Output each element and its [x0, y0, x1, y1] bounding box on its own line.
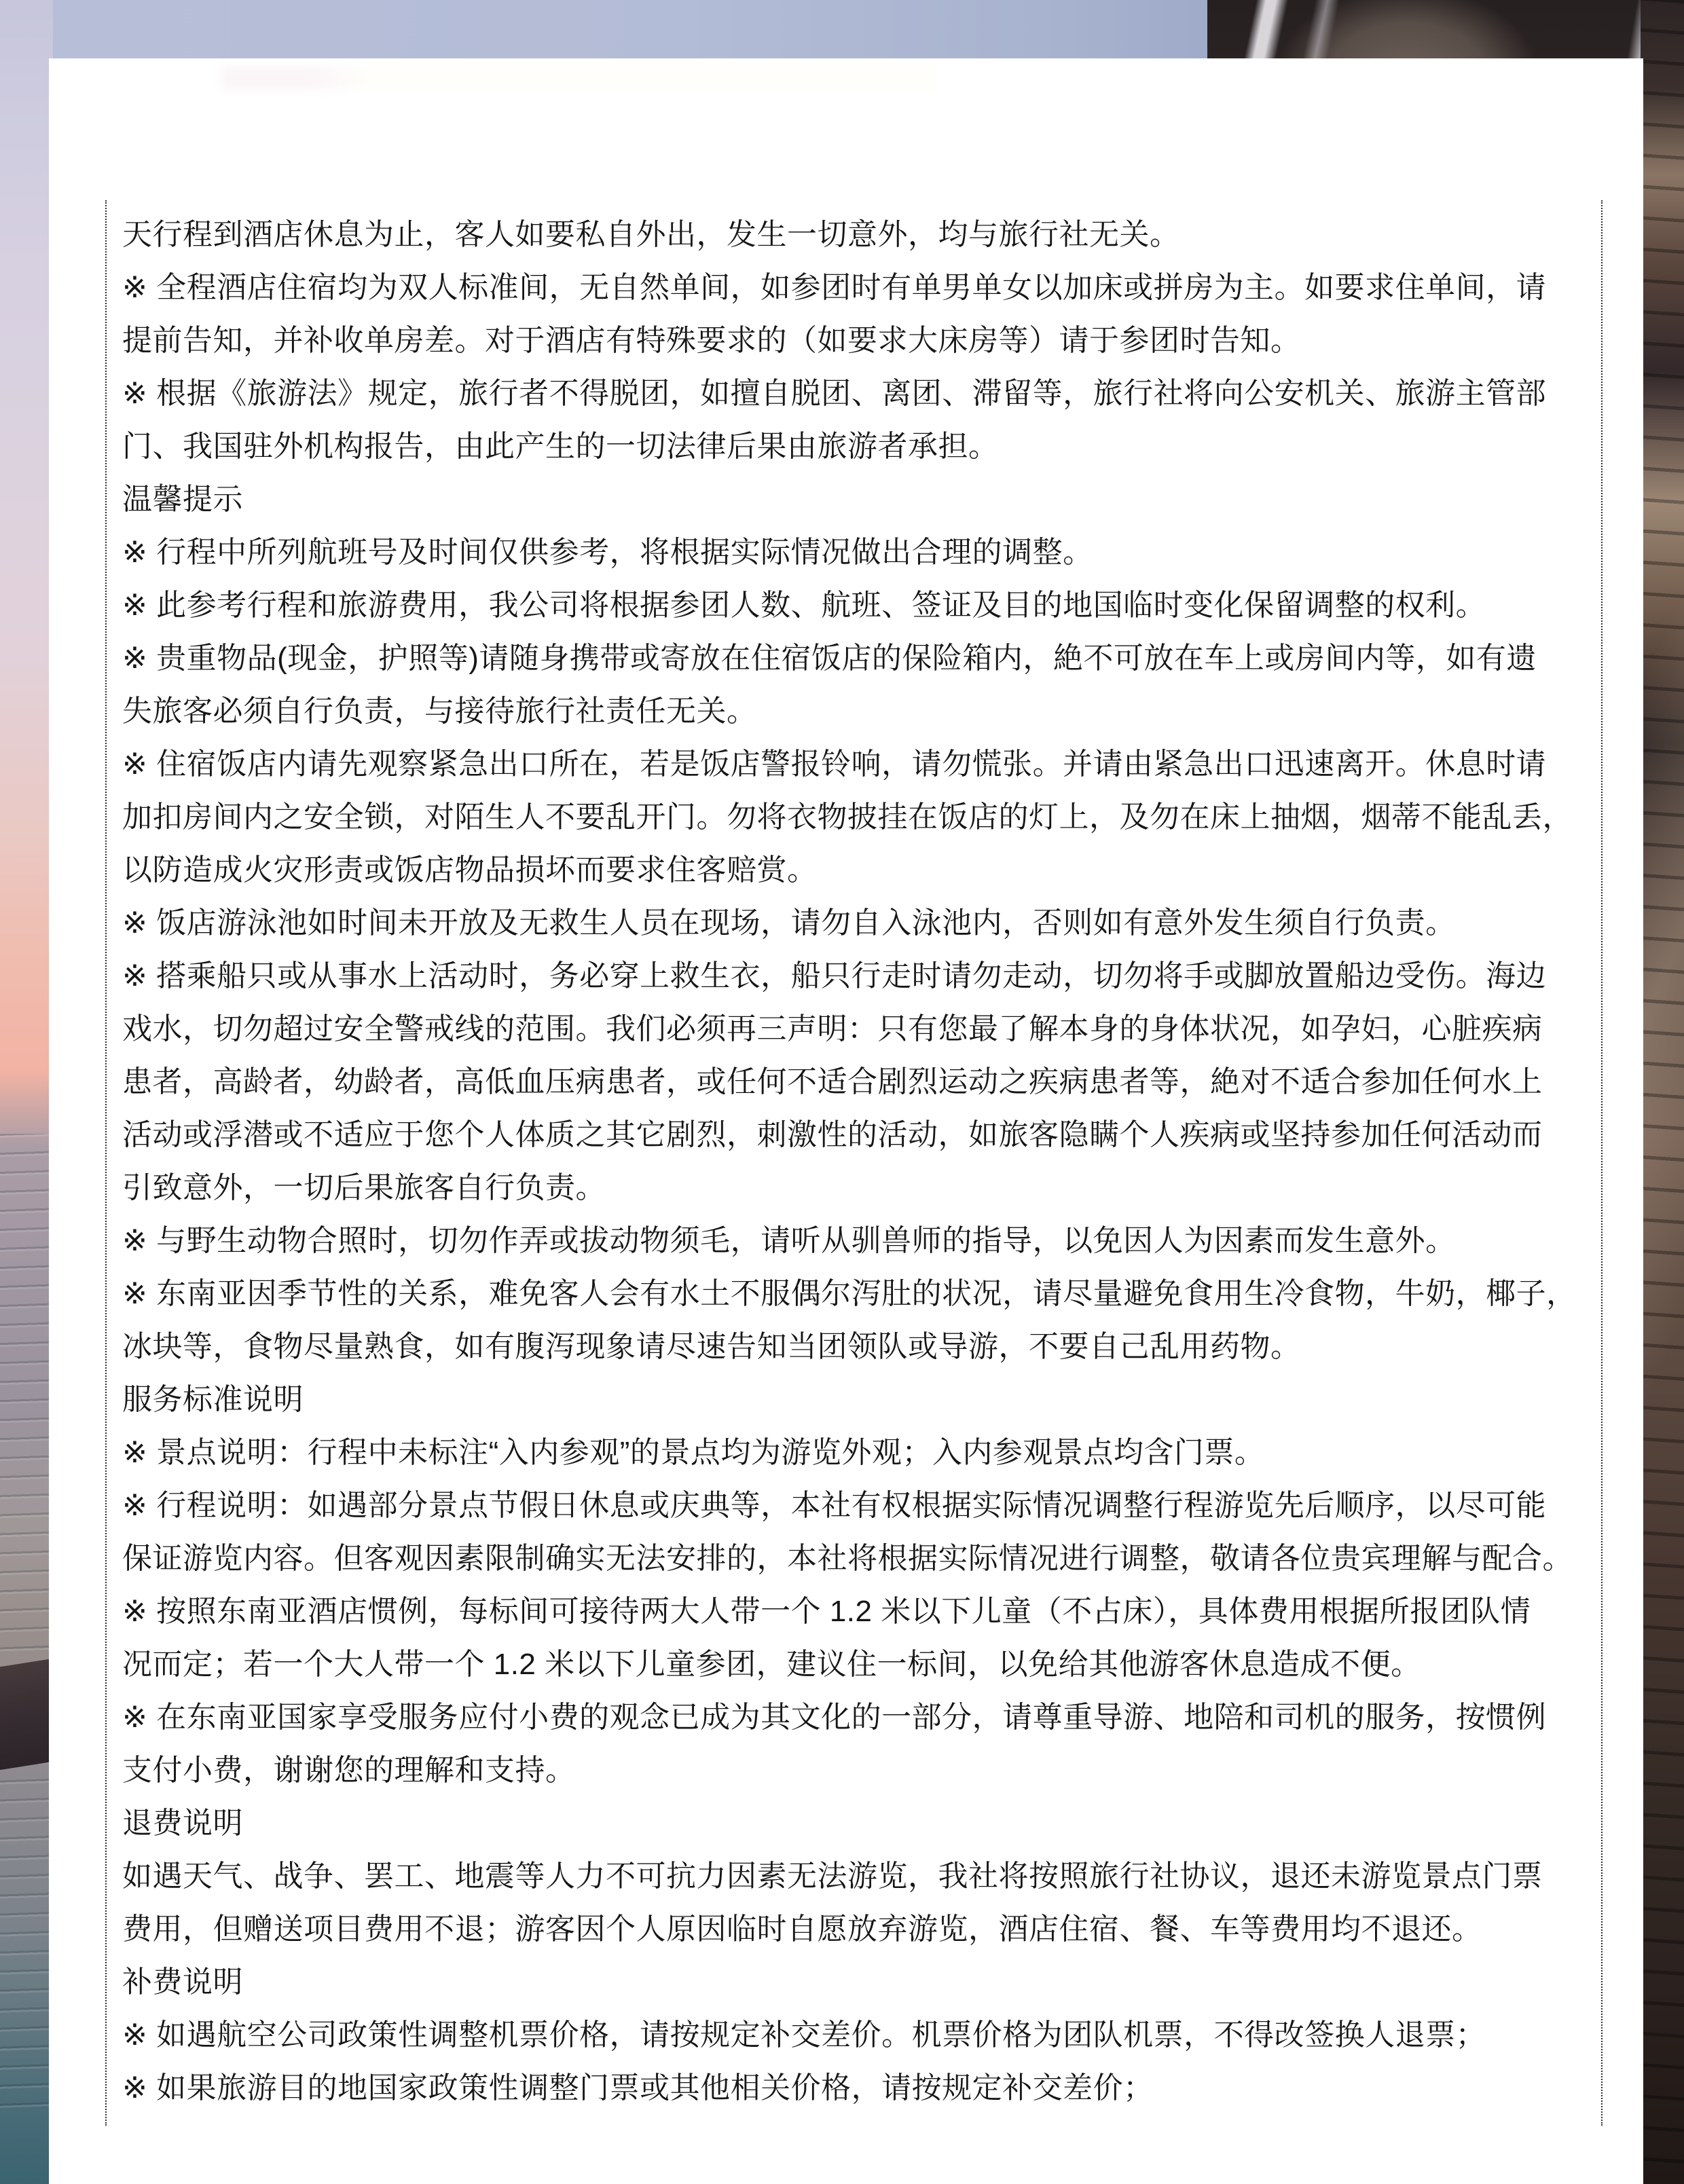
- text-line: 如遇天气、战争、罢工、地震等人力不可抗力因素无法游览，我社将按照旅行社协议，退还…: [122, 1850, 1601, 1903]
- text-line: 引致意外，一切后果旅客自行负责。: [122, 1162, 1601, 1215]
- text-line: 退费说明: [122, 1797, 1601, 1850]
- text-line: 况而定；若一个大人带一个 1.2 米以下儿童参团，建议住一标间，以免给其他游客休…: [122, 1638, 1601, 1691]
- text-line: ※ 饭店游泳池如时间未开放及无救生人员在现场，请勿自入泳池内，否则如有意外发生须…: [122, 897, 1601, 950]
- text-line: ※ 搭乘船只或从事水上活动时，务必穿上救生衣，船只行走时请勿走动，切勿将手或脚放…: [122, 950, 1601, 1003]
- text-line: 患者，高龄者，幼龄者，高低血压病患者，或任何不适合剧烈运动之疾病患者等，絶对不适…: [122, 1056, 1601, 1109]
- text-line: ※ 住宿饭店内请先观察紧急出口所在，若是饭店警报铃响，请勿慌张。并请由紧急出口迅…: [122, 738, 1601, 791]
- text-line: ※ 景点说明：行程中未标注“入内参观”的景点均为游览外观；入内参观景点均含门票。: [122, 1426, 1601, 1479]
- text-line: 活动或浮潜或不适应于您个人体质之其它剧烈，刺激性的活动，如旅客隐瞒个人疾病或坚持…: [122, 1109, 1601, 1162]
- wooden-structure-photo-strip: [1641, 0, 1684, 2184]
- text-line: 冰块等，食物尽量熟食，如有腹泻现象请尽速告知当团领队或导游，不要自己乱用药物。: [122, 1320, 1601, 1373]
- text-line: 支付小费，谢谢您的理解和支持。: [122, 1744, 1601, 1797]
- text-line: ※ 全程酒店住宿均为双人标准间，无自然单间，如参团时有单男单女以加床或拼房为主。…: [122, 261, 1601, 314]
- faint-header-artifact: [222, 67, 935, 90]
- dark-structure-photo: [1207, 0, 1684, 68]
- text-line: 提前告知，并补收单房差。对于酒店有特殊要求的（如要求大床房等）请于参团时告知。: [122, 314, 1601, 367]
- text-line: 费用，但赠送项目费用不退；游客因个人原因临时自愿放弃游览，酒店住宿、餐、车等费用…: [122, 1903, 1601, 1956]
- text-line: ※ 如果旅游目的地国家政策性调整门票或其他相关价格，请按规定补交差价；: [122, 2062, 1601, 2115]
- text-line: 温馨提示: [122, 473, 1601, 526]
- text-line: ※ 在东南亚国家享受服务应付小费的观念已成为其文化的一部分，请尊重导游、地陪和司…: [122, 1691, 1601, 1744]
- text-line: ※ 此参考行程和旅游费用，我公司将根据参团人数、航班、签证及目的地国临时变化保留…: [122, 579, 1601, 632]
- text-line: ※ 与野生动物合照时，切勿作弄或拔动物须毛，请听从驯兽师的指导，以免因人为因素而…: [122, 1215, 1601, 1267]
- text-line: 门、我国驻外机构报告，由此产生的一切法律后果由旅游者承担。: [122, 420, 1601, 473]
- text-line: 保证游览内容。但客观因素限制确实无法安排的，本社将根据实际情况进行调整，敬请各位…: [122, 1532, 1601, 1585]
- text-line: 失旅客必须自行负责，与接待旅行社责任无关。: [122, 685, 1601, 738]
- text-line: ※ 按照东南亚酒店惯例，每标间可接待两大人带一个 1.2 米以下儿童（不占床），…: [122, 1585, 1601, 1638]
- document-panel: 天行程到酒店休息为止，客人如要私自外出，发生一切意外，均与旅行社无关。※ 全程酒…: [49, 58, 1643, 2184]
- text-line: ※ 根据《旅游法》规定，旅行者不得脱团，如擅自脱团、离团、滞留等，旅行社将向公安…: [122, 367, 1601, 420]
- text-line: ※ 如遇航空公司政策性调整机票价格，请按规定补交差价。机票价格为团队机票，不得改…: [122, 2009, 1601, 2062]
- text-line: ※ 行程说明：如遇部分景点节假日休息或庆典等，本社有权根据实际情况调整行程游览先…: [122, 1479, 1601, 1532]
- text-line: ※ 贵重物品(现金，护照等)请随身携带或寄放在住宿饭店的保险箱内，絶不可放在车上…: [122, 632, 1601, 685]
- text-line: 补费说明: [122, 1956, 1601, 2009]
- text-line: 天行程到酒店休息为止，客人如要私自外出，发生一切意外，均与旅行社无关。: [122, 208, 1601, 261]
- terms-text: 天行程到酒店休息为止，客人如要私自外出，发生一切意外，均与旅行社无关。※ 全程酒…: [122, 208, 1601, 2115]
- text-line: 服务标准说明: [122, 1373, 1601, 1426]
- text-line: 以防造成火灾形责或饭店物品损坏而要求住客赔赏。: [122, 844, 1601, 897]
- text-line: ※ 东南亚因季节性的关系，难免客人会有水土不服偶尔泻肚的状况，请尽量避免食用生冷…: [122, 1267, 1601, 1320]
- content-frame: 天行程到酒店休息为止，客人如要私自外出，发生一切意外，均与旅行社无关。※ 全程酒…: [105, 200, 1603, 2126]
- text-line: 加扣房间内之安全锁，对陌生人不要乱开门。勿将衣物披挂在饭店的灯上，及勿在床上抽烟…: [122, 791, 1601, 844]
- text-line: ※ 行程中所列航班号及时间仅供参考，将根据实际情况做出合理的调整。: [122, 526, 1601, 579]
- text-line: 戏水，切勿超过安全警戒线的范围。我们必须再三声明：只有您最了解本身的身体状况，如…: [122, 1003, 1601, 1056]
- sunset-sea-photo-strip: [0, 0, 53, 2184]
